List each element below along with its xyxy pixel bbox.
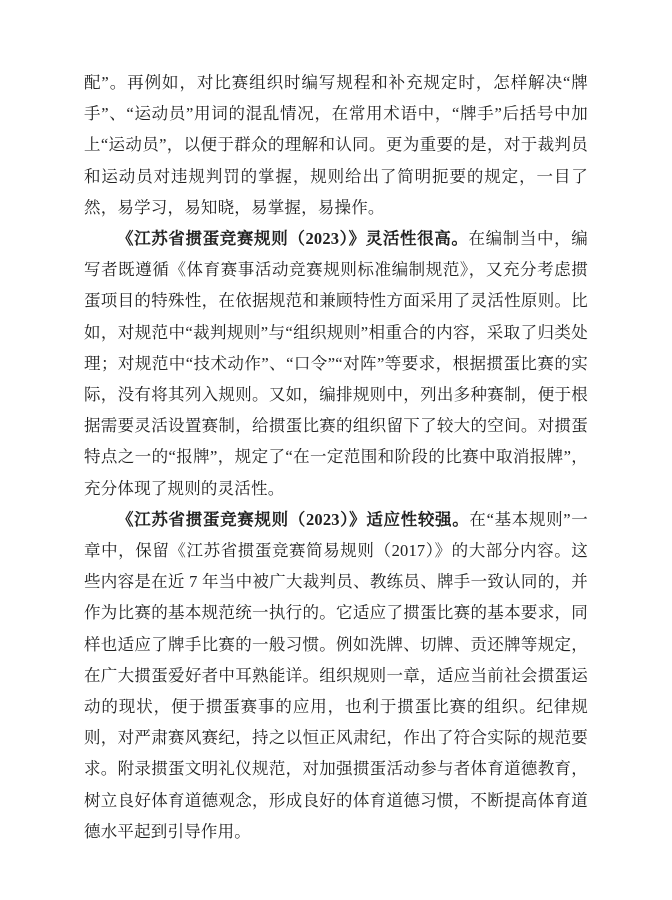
paragraph-continuation: 配”。再例如，对比赛组织时编写规程和补充规定时，怎样解决“牌手”、“运动员”用词… xyxy=(84,67,588,223)
paragraph-adaptability: 《江苏省掼蛋竞赛规则（2023）》适应性较强。在“基本规则”一章中，保留《江苏省… xyxy=(84,504,588,847)
paragraph-flexibility-lead-bold: 《江苏省掼蛋竞赛规则（2023）》灵活性很高。 xyxy=(117,229,469,248)
document-text-block: 配”。再例如，对比赛组织时编写规程和补充规定时，怎样解决“牌手”、“运动员”用词… xyxy=(84,67,588,847)
paragraph-flexibility: 《江苏省掼蛋竞赛规则（2023）》灵活性很高。在编制当中，编写者既遵循《体育赛事… xyxy=(84,223,588,504)
document-page: 配”。再例如，对比赛组织时编写规程和补充规定时，怎样解决“牌手”、“运动员”用词… xyxy=(0,0,672,900)
paragraph-adaptability-body-text: 在“基本规则”一章中，保留《江苏省掼蛋竞赛简易规则（2017）》的大部分内容。这… xyxy=(84,510,588,841)
paragraph-adaptability-lead-bold: 《江苏省掼蛋竞赛规则（2023）》适应性较强。 xyxy=(117,510,469,529)
paragraph-flexibility-body-text: 在编制当中，编写者既遵循《体育赛事活动竞赛规则标准编制规范》，又充分考虑掼蛋项目… xyxy=(84,229,588,498)
paragraph-continuation-text: 配”。再例如，对比赛组织时编写规程和补充规定时，怎样解决“牌手”、“运动员”用词… xyxy=(84,73,588,217)
